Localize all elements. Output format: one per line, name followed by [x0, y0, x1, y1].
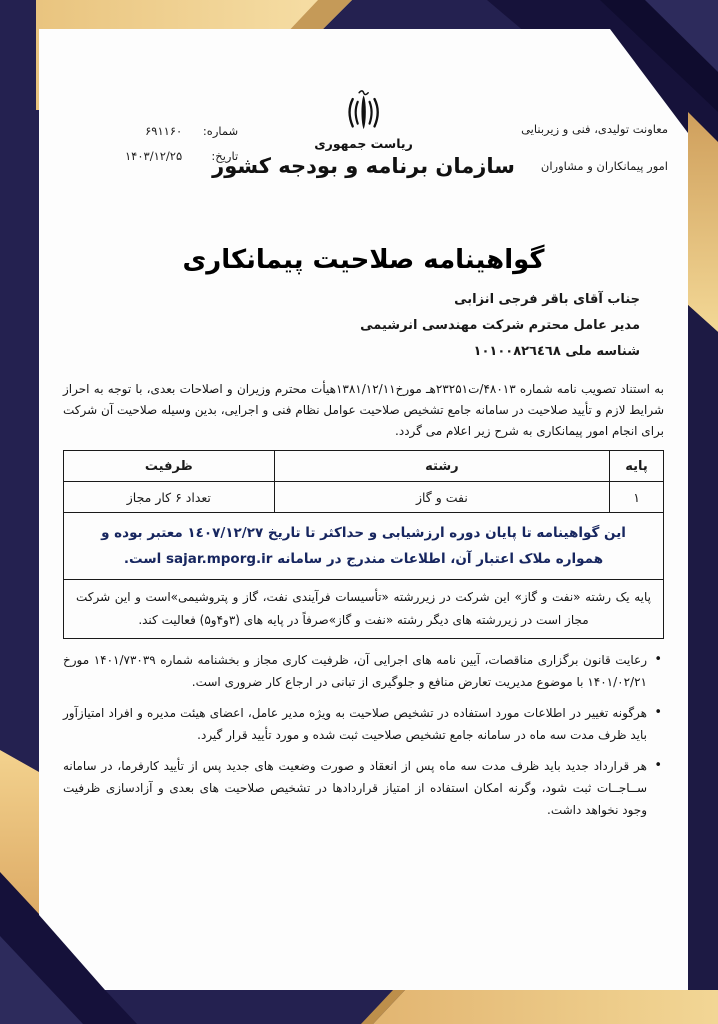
addressee-name: جناب آقای باقر فرجی انزابی: [63, 287, 640, 313]
right-gold-strip: [688, 112, 718, 332]
org-name: سازمان برنامه و بودجه کشور: [212, 154, 515, 178]
cell-capacity: تعداد ۶ کار مجاز: [64, 482, 274, 512]
conditions-list: رعایت قانون برگزاری مناقصات، آیین نامه ه…: [63, 649, 664, 821]
page-title: گواهینامه صلاحیت پیمانکاری: [39, 245, 688, 275]
validity-row: این گواهینامه تا پایان دوره ارزشیابی و ح…: [64, 513, 663, 580]
letter-number-value: ۶۹۱۱۶۰: [145, 124, 182, 138]
column-header-field: رشته: [274, 451, 609, 481]
department-block: معاونت تولیدی، فنی و زیربنایی امور پیمان…: [521, 111, 668, 185]
validity-line1: این گواهینامه تا پایان دوره ارزشیابی و ح…: [74, 520, 653, 546]
column-header-grade: پایه: [609, 451, 663, 481]
bottom-gold-bar: [373, 990, 718, 1024]
certificate-sheet: معاونت تولیدی، فنی و زیربنایی امور پیمان…: [39, 29, 688, 990]
intro-paragraph: به استناد تصویب نامه شماره ۴۸۰۱۳/ت۲۳۲۵۱ه…: [63, 379, 664, 442]
validity-statement: این گواهینامه تا پایان دوره ارزشیابی و ح…: [64, 513, 663, 579]
table-row: ۱ نفت و گاز تعداد ۶ کار مجاز: [64, 482, 663, 513]
iran-emblem-icon: [344, 87, 384, 133]
certificate-page: { "colors": { "background_navy": "#24215…: [0, 0, 718, 1024]
addressee-national-id: شناسه ملی ١٠١٠٠٨٢٦٤٦٨: [63, 339, 640, 365]
letter-date-value: ۱۴۰۳/۱۲/۲۵: [125, 149, 182, 163]
subfield-note: پایه یک رشته «نفت و گاز» این شرکت در زیر…: [64, 580, 663, 638]
right-dark-column: [688, 305, 718, 990]
department-line2: امور پیمانکاران و مشاوران: [521, 148, 668, 185]
organization-block: ریاست جمهوری سازمان برنامه و بودجه کشور: [212, 87, 515, 178]
cell-field: نفت و گاز: [274, 482, 609, 512]
qualification-table: پایه رشته ظرفیت ۱ نفت و گاز تعداد ۶ کار …: [63, 450, 664, 639]
condition-item-3: هر قرارداد جدید باید ظرف مدت سه ماه پس ا…: [63, 755, 664, 821]
validity-line2: همواره ملاک اعتبار آن، اطلاعات مندرج در …: [74, 546, 653, 572]
addressee-role: مدیر عامل محترم شرکت مهندسی انرشیمی: [63, 313, 640, 339]
condition-item-1: رعایت قانون برگزاری مناقصات، آیین نامه ه…: [63, 649, 664, 693]
column-header-capacity: ظرفیت: [64, 451, 274, 481]
department-line1: معاونت تولیدی، فنی و زیربنایی: [521, 111, 668, 148]
table-header-row: پایه رشته ظرفیت: [64, 451, 663, 482]
condition-item-2: هرگونه تغییر در اطلاعات مورد استفاده در …: [63, 702, 664, 746]
letterhead: معاونت تولیدی، فنی و زیربنایی امور پیمان…: [39, 29, 688, 215]
addressee-block: جناب آقای باقر فرجی انزابی مدیر عامل محت…: [63, 287, 640, 365]
org-presidency-label: ریاست جمهوری: [212, 136, 515, 151]
note-row: پایه یک رشته «نفت و گاز» این شرکت در زیر…: [64, 580, 663, 638]
cell-grade: ۱: [609, 482, 663, 512]
